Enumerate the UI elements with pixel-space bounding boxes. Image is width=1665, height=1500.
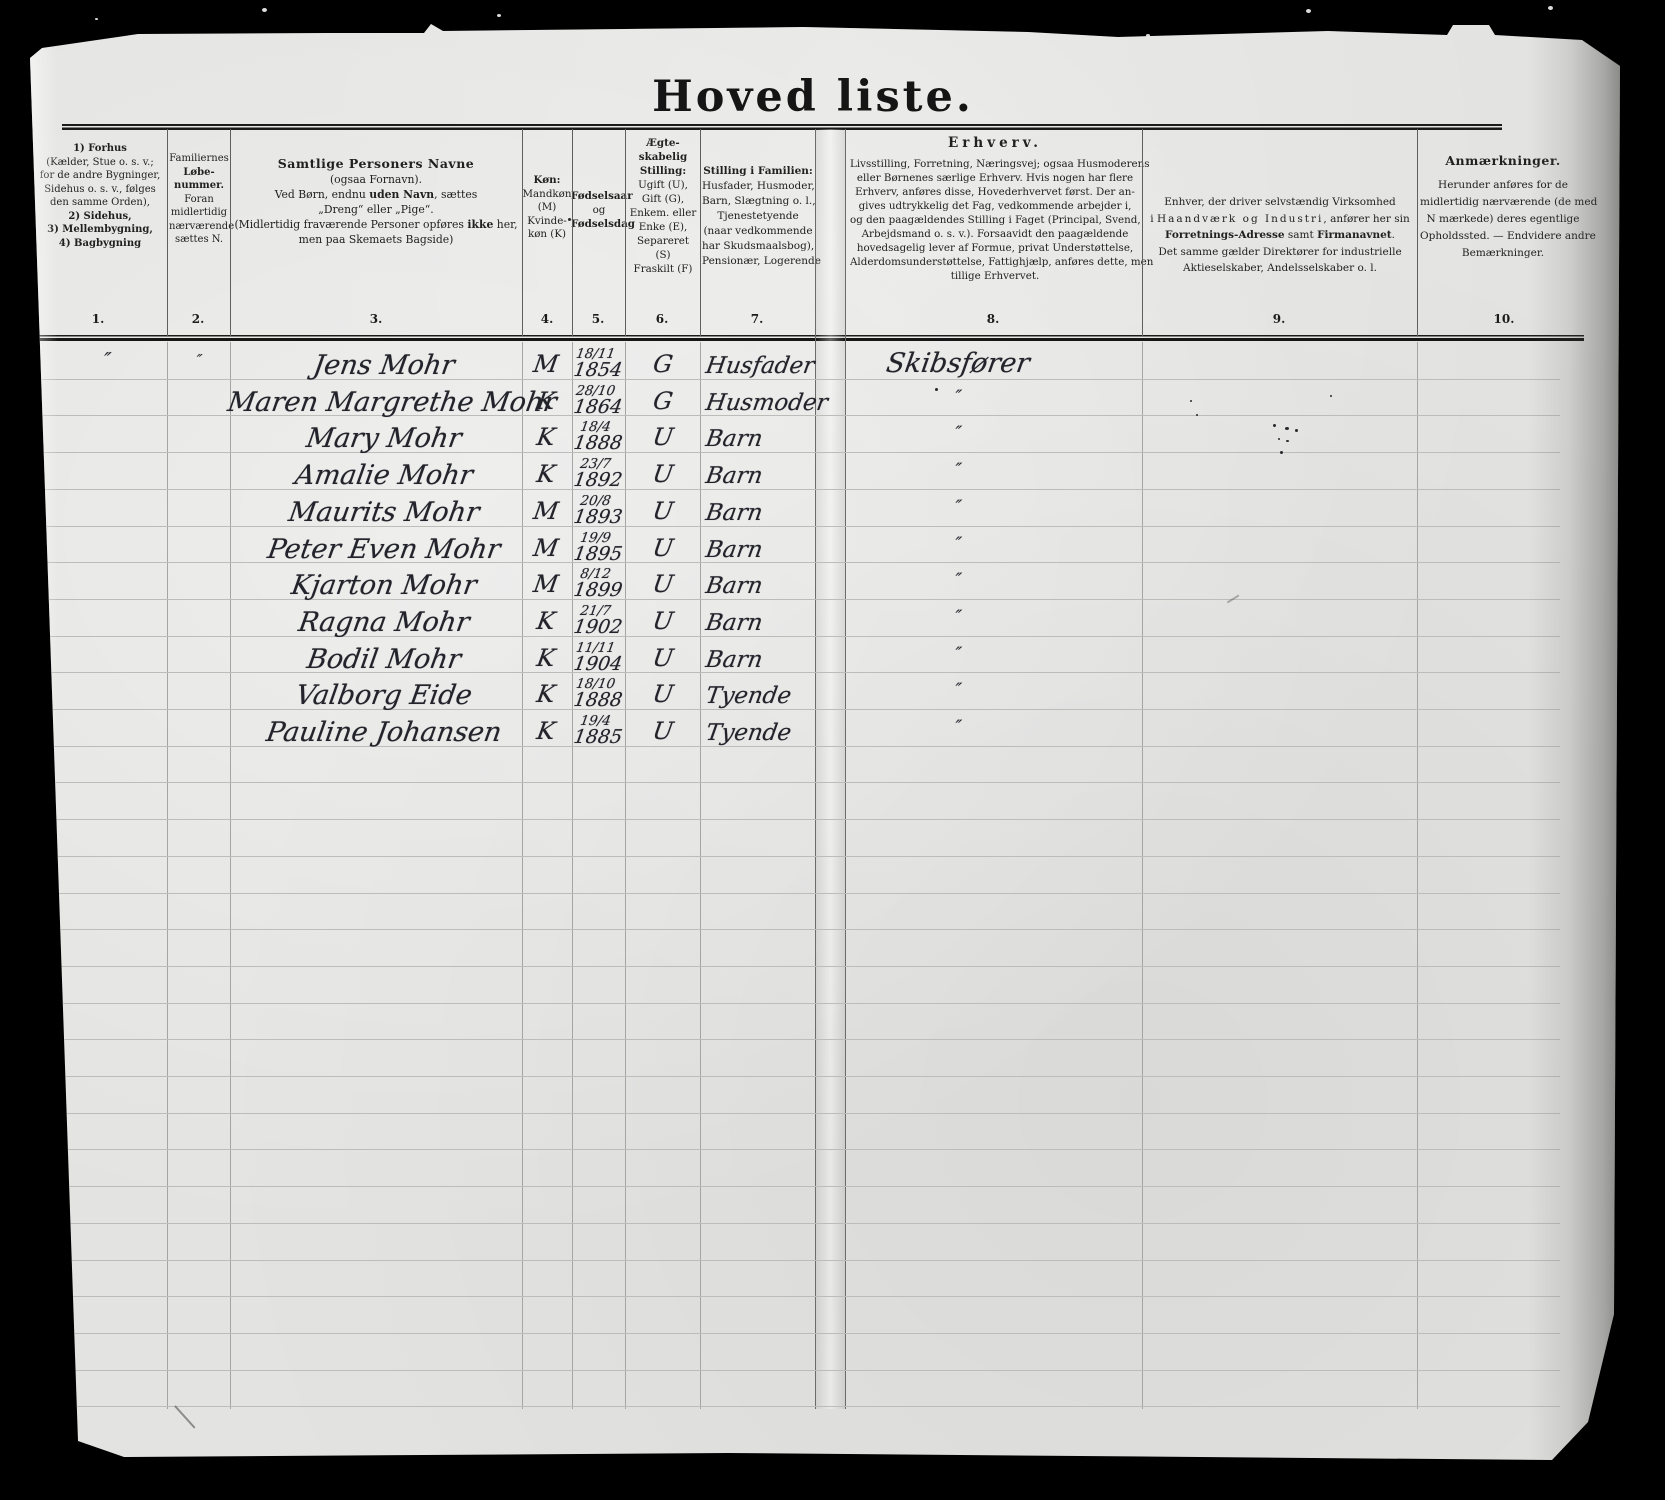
header-text-line: Stilling i Familien: [702,164,814,179]
census-form-page: Hoved liste. 1) Forhus(Kælder, Stue o. s… [28,24,1620,1460]
header-text-line: „Dreng“ eller „Pige“. [232,202,520,217]
header-text: skabelig [639,151,687,163]
header-text: Separeret [637,235,689,247]
header-text-line: eller Børnenes særlige Erhverv. Hvis nog… [850,171,1140,185]
entry-name: Ragna Mohr [226,607,543,638]
census-entry-row: Kjarton MohrM8/121899UBarn″ [28,562,1620,600]
header-text-line: Arbejdsmand o. s. v.). Forsaavidt den pa… [850,227,1140,241]
header-text-line: Køn: [522,174,572,188]
entry-birth-daymonth: 8/12 [566,568,624,581]
ink-speck [1190,400,1192,402]
census-entry-row: Ragna MohrK21/71902UBarn″ [28,599,1620,637]
entry-marital-status: G [623,387,703,415]
entry-occupation: ″ [826,460,1089,480]
column-header-8: Erhverv.Livsstilling, Forretning, Næring… [850,136,1140,283]
header-text-line: Separeret [626,234,700,248]
column-number-2: 2. [176,312,220,326]
entry-birthdate: 19/91895 [568,532,629,564]
header-text: Løbe- [183,167,214,178]
header-text-line: tillige Erhvervet. [850,269,1140,283]
header-text-line: den samme Orden), [36,196,164,210]
entry-sex: M [518,350,574,378]
census-entry-row: Maurits MohrM20/81893UBarn″ [28,489,1620,527]
header-text: , anfører her sin [1323,213,1409,225]
header-text: Foran [184,194,214,205]
page-title: Hoved liste. [643,72,983,122]
column-header-9: Enhver, der driver selvstændig Virksomhe… [1146,194,1414,277]
entry-name: Kjarton Mohr [226,570,543,601]
entry-birth-year: 1904 [568,655,627,674]
column-number-9: 9. [1257,312,1301,326]
column-number-10: 10. [1482,312,1526,326]
entry-occupation: ″ [826,680,1089,700]
header-text: (ogsaa Fornavn). [330,173,422,186]
census-entry-row: Valborg EideK18/101888UTyende″ [28,672,1620,710]
header-text: Alderdomsunderstøttelse, Fattighjælp, an… [850,256,1153,268]
ruled-row-line [42,1333,1560,1334]
ruled-row-line [42,856,1560,857]
header-text-line: (ogsaa Fornavn). [232,172,520,187]
header-text-line: Løbe- [169,166,229,180]
header-text-line: gives udtrykkelig det Fag, vedkommende a… [850,199,1140,213]
ink-speck [1295,429,1298,432]
column-number-3: 3. [354,312,398,326]
entry-occupation: ″ [826,717,1089,737]
header-text-line: Opholdssted. — Endvidere andre [1420,228,1586,245]
header-text: , sættes [434,188,477,201]
entry-occupation: ″ [826,570,1089,590]
entry-occupation: ″ [826,423,1089,443]
header-text: hovedsagelig lever af Formue, privat Und… [857,242,1133,254]
header-text-line: Familiernes [169,152,229,166]
header-text: Pensionær, Logerende [702,255,821,267]
header-text: Kvinde- [527,215,567,227]
entry-birth-year: 1888 [568,691,627,710]
entry-birth-daymonth: 28/10 [566,385,624,398]
header-text-line: Barn, Slægtning o. l., [702,194,814,209]
entry-marital-status: U [623,534,703,562]
header-text: tillige Erhvervet. [951,270,1040,282]
header-text-line: 4) Bagbygning [36,237,164,251]
header-text-line: Enke (E), [626,220,700,234]
entry-birthdate: 19/41885 [568,715,629,747]
header-text: (M) [538,201,557,213]
header-text-line: (Midlertidig fraværende Personer opføres… [232,217,520,232]
header-text-line: Sidehus o. s. v., følges [36,183,164,197]
header-text: (Kælder, Stue o. s. v.; [46,157,153,168]
column-header-1: 1) Forhus(Kælder, Stue o. s. v.;for de a… [36,142,164,250]
entry-birth-daymonth: 20/8 [566,495,624,508]
title-divider-rule [62,124,1502,130]
header-text-line: Gift (G), [626,192,700,206]
column-divider [230,129,231,336]
header-text: Enkem. eller [630,207,697,219]
header-text: Erhverv. [948,135,1042,151]
column-divider [700,129,701,336]
entry-birth-year: 1854 [568,361,627,380]
header-text-line: nærværende [169,220,229,234]
ink-speck [568,218,571,221]
header-text: 1) Forhus [73,143,127,154]
ink-speck [1278,438,1280,440]
header-text-line: N mærkede) deres egentlige [1420,211,1586,228]
entry-birthdate: 23/71892 [568,458,629,490]
ruled-row-line [42,1186,1560,1187]
header-text: Fødselsaar [571,190,633,202]
ruled-row-line [42,1003,1560,1004]
entry-birth-year: 1885 [568,728,627,747]
column-number-8: 8. [971,312,1015,326]
header-text: Haandværk og Industri [1157,213,1323,225]
header-text: Barn, Slægtning o. l., [702,195,816,207]
entry-occupation: ″ [826,607,1089,627]
header-text-line: Erhverv, anføres disse, Hovederhvervet f… [850,185,1140,199]
header-text: (naar vedkommende [703,225,812,237]
header-text-line: (Kælder, Stue o. s. v.; [36,156,164,170]
column-header-3: Samtlige Personers Navne(ogsaa Fornavn).… [232,156,520,247]
header-text: „Dreng“ eller „Pige“. [318,203,433,216]
entry-name: Maren Margrethe Mohr [226,387,543,418]
header-text-line: Ægte- [626,136,700,150]
column-header-5: Fødselsaar og Fødselsdag [571,189,627,231]
header-text-line: 3) Mellembygning, [36,223,164,237]
header-text-line: Fødselsaar [571,189,627,203]
entry-birthdate: 18/111854 [568,348,629,380]
header-text: 3) Mellembygning, [47,224,153,235]
entry-name: Bodil Mohr [226,644,543,675]
header-text-line: Livsstilling, Forretning, Næringsvej; og… [850,157,1140,171]
entry-birth-year: 1864 [568,398,627,417]
header-text-line: Samtlige Personers Navne [232,156,520,172]
ink-speck [1330,395,1332,397]
entry-birth-daymonth: 21/7 [566,605,624,618]
header-text: Enhver, der driver selvstændig Virksomhe… [1164,196,1396,208]
header-text-line: og den paagældendes Stilling i Faget (Pr… [850,213,1140,227]
header-text-line: Bemærkninger. [1420,245,1586,262]
header-text: ikke [467,218,493,231]
header-text: . [1392,229,1395,241]
header-text-line: Alderdomsunderstøttelse, Fattighjælp, an… [850,255,1140,269]
entry-marital-status: U [623,423,703,451]
entry-birth-daymonth: 19/4 [566,715,624,728]
scanned-census-document: { "page": { "title": "Hoved liste." }, "… [0,0,1665,1500]
column-divider [1142,129,1143,336]
header-text-line: Enkem. eller [626,206,700,220]
entry-birthdate: 28/101864 [568,385,629,417]
entry-name: Amalie Mohr [226,460,543,491]
header-text: Familiernes [169,153,229,164]
header-text: (S) [655,249,670,261]
header-text: Anmærkninger. [1445,153,1560,168]
header-text-line: (M) [522,201,572,215]
ruled-row-line [42,1039,1560,1040]
census-entry-row: Peter Even MohrM19/91895UBarn″ [28,526,1620,564]
header-text: Tjenestetyende [717,210,798,222]
header-text-line: har Skudsmaalsbog), [702,239,814,254]
column-divider [845,129,846,1409]
header-text: Ved Børn, endnu [275,188,370,201]
header-text: i [1150,213,1157,225]
header-text-line: Pensionær, Logerende [702,254,814,269]
entry-marital-status: U [623,644,703,672]
header-text: har Skudsmaalsbog), [702,240,814,252]
ink-speck [1285,427,1289,430]
header-text: Enke (E), [639,221,688,233]
header-text-line: Det samme gælder Direktører for industri… [1146,244,1414,261]
column-divider [522,129,523,336]
header-text: køn (K) [528,228,566,240]
column-divider [815,129,816,1409]
header-text-line: men paa Skemaets Bagside) [232,232,520,247]
entry-sex: M [518,534,574,562]
header-text-line: Herunder anføres for de [1420,177,1586,194]
header-text: Bemærkninger. [1462,247,1544,259]
column-divider [1417,129,1418,336]
entry-birth-daymonth: 18/10 [566,678,624,691]
pencil-mark [174,1405,195,1428]
entry-occupation: ″ [826,534,1089,554]
scan-speck [497,14,501,17]
ruled-row-line [42,1406,1560,1407]
header-text-line: Kvinde- [522,215,572,229]
ruled-row-line [42,1296,1560,1297]
header-text: men paa Skemaets Bagside) [299,233,454,246]
header-text-line: 2) Sidehus, [36,210,164,224]
header-text: 2) Sidehus, [68,211,131,222]
header-text: nummer. [174,180,224,191]
entry-occupation: ″ [826,387,1089,407]
entry-birthdate: 20/81893 [568,495,629,527]
header-text: 4) Bagbygning [59,238,141,249]
entry-sex: K [518,387,574,415]
entry-sex: K [518,717,574,745]
entry-birth-year: 1899 [568,581,627,600]
header-text-line: Stilling: [626,164,700,178]
ruled-row-line [42,929,1560,930]
entry-birth-daymonth: 18/4 [566,421,624,434]
scan-speck [95,18,98,20]
census-entry-row: Pauline JohansenK19/41885UTyende″ [28,709,1620,747]
header-text: gives udtrykkelig det Fag, vedkommende a… [859,200,1132,212]
column-number-7: 7. [735,312,779,326]
header-text: eller Børnenes særlige Erhverv. Hvis nog… [857,172,1133,184]
header-text-line: Tjenestetyende [702,209,814,224]
column-header-4: Køn:Mandkøn(M)Kvinde-køn (K) [522,174,572,242]
entry-sex: K [518,460,574,488]
entry-name: Jens Mohr [226,350,543,381]
ruled-row-line [42,1370,1560,1371]
entry-sex: K [518,607,574,635]
entry-birth-daymonth: 18/11 [566,348,624,361]
ink-speck [1286,440,1289,442]
entry-occupation: ″ [826,497,1089,517]
column-divider [625,129,626,336]
header-text-line: Husfader, Husmoder, [702,179,814,194]
header-text: Husfader, Husmoder, [702,180,815,192]
header-text: her, [493,218,517,231]
header-text: og den paagældendes Stilling i Faget (Pr… [850,214,1141,226]
header-text-line: Mandkøn [522,188,572,202]
column-number-4: 4. [525,312,569,326]
page-fold-gutter [816,129,845,1409]
entry-sex: M [518,570,574,598]
scan-speck [262,8,267,12]
ruled-row-line [42,1149,1560,1150]
entry-sex: K [518,680,574,708]
header-text-line: sættes N. [169,233,229,247]
header-text: den samme Orden), [50,197,150,208]
entry-sex: M [518,497,574,525]
header-text: uden Navn [369,188,434,201]
entry-birthdate: 11/111904 [568,642,629,674]
header-text: Fraskilt (F) [634,263,693,275]
header-text: Samtlige Personers Navne [278,156,475,171]
header-text: nærværende [169,221,234,232]
header-text-line: i Haandværk og Industri, anfører her sin [1146,211,1414,228]
census-entry-row: Bodil MohrK11/111904UBarn″ [28,636,1620,674]
header-text: Køn: [534,174,561,186]
entry-birth-daymonth: 19/9 [566,532,624,545]
ruled-row-line [42,1260,1560,1261]
entry-birthdate: 18/41888 [568,421,629,453]
entry-marital-status: G [623,350,703,378]
header-text: Det samme gælder Direktører for industri… [1158,246,1401,258]
header-text: Livsstilling, Forretning, Næringsvej; og… [850,158,1150,170]
entry-birth-year: 1895 [568,545,627,564]
header-text: Forretnings-Adresse [1165,229,1285,241]
header-text: Ugift (U), [638,179,688,191]
entry-birth-daymonth: 11/11 [566,642,624,655]
entry-name: Maurits Mohr [226,497,543,528]
entry-name: Mary Mohr [226,423,543,454]
column-number-1: 1. [76,312,120,326]
entry-name: Peter Even Mohr [226,534,543,565]
entry-forhus-ditto: ″ [46,349,167,371]
ruled-row-line [42,966,1560,967]
header-text-line: Fraskilt (F) [626,262,700,276]
ink-speck [1273,424,1276,427]
entry-birth-year: 1902 [568,618,627,637]
entry-name: Valborg Eide [226,680,543,711]
column-divider [167,129,168,336]
entry-sex: K [518,423,574,451]
header-text: Mandkøn [523,188,572,200]
header-text: N mærkede) deres egentlige [1427,213,1580,225]
census-entry-row: ″″Jens MohrM18/111854GHusfaderSkibsfører [28,342,1620,380]
header-text: Aktieselskaber, Andelsselskaber o. l. [1183,262,1377,274]
scan-speck [1548,6,1553,10]
entry-birthdate: 18/101888 [568,678,629,710]
header-text-line: Forretnings-Adresse samt Firmanavnet. [1146,227,1414,244]
header-text: Firmanavnet [1317,229,1392,241]
header-text-line: (S) [626,248,700,262]
header-text: Stilling i Familien: [703,165,813,177]
header-text: Gift (G), [642,193,684,205]
column-header-10: Anmærkninger.Herunder anføres for demidl… [1420,152,1586,262]
header-text: Opholdssted. — Endvidere andre [1420,230,1596,242]
header-text-line: hovedsagelig lever af Formue, privat Und… [850,241,1140,255]
ink-speck [935,388,938,391]
entry-marital-status: U [623,570,703,598]
column-divider [572,129,573,336]
header-text-line: Foran [169,193,229,207]
header-text: Sidehus o. s. v., følges [44,184,156,195]
header-text: Erhverv, anføres disse, Hovederhvervet f… [855,186,1135,198]
header-text: midlertidig nærværende (de med [1420,196,1597,208]
scan-speck [1306,9,1311,13]
header-text-line: midlertidig nærværende (de med [1420,194,1586,211]
header-text: midlertidig [171,207,227,218]
column-number-6: 6. [640,312,684,326]
entry-birth-daymonth: 23/7 [566,458,624,471]
ruled-row-line [42,1223,1560,1224]
header-text-line: Aktieselskaber, Andelsselskaber o. l. [1146,260,1414,277]
entry-occupation: ″ [826,644,1089,664]
entry-birthdate: 8/121899 [568,568,629,600]
header-text: samt [1285,229,1318,241]
column-header-7: Stilling i Familien:Husfader, Husmoder,B… [702,164,814,269]
entry-birth-year: 1888 [568,434,627,453]
header-text-line: for de andre Bygninger, [36,169,164,183]
header-text-line: Enhver, der driver selvstændig Virksomhe… [1146,194,1414,211]
entry-marital-status: U [623,497,703,525]
ink-speck [1196,414,1198,416]
ruled-row-line [42,893,1560,894]
ink-speck [1280,451,1283,454]
entry-lobenr-ditto: ″ [168,351,231,369]
entry-marital-status: U [623,717,703,745]
entry-marital-status: U [623,607,703,635]
header-text: og [593,204,606,216]
header-text-line: 1) Forhus [36,142,164,156]
entry-sex: K [518,644,574,672]
column-number-5: 5. [576,312,620,326]
header-text-line: Erhverv. [850,136,1140,151]
census-entry-row: Amalie MohrK23/71892UBarn″ [28,452,1620,490]
header-text-line: Ugift (U), [626,178,700,192]
census-entry-row: Maren Margrethe MohrK28/101864GHusmoder″ [28,379,1620,417]
entry-occupation: Skibsfører [826,348,1091,379]
census-entry-row: Mary MohrK18/41888UBarn″ [28,415,1620,453]
header-text: Arbejdsmand o. s. v.). Forsaavidt den pa… [862,228,1129,240]
header-text-line: skabelig [626,150,700,164]
ruled-row-line [42,819,1560,820]
header-text-line: nummer. [169,179,229,193]
header-bottom-rule [36,335,1584,341]
ruled-row-line [42,1113,1560,1114]
entry-name: Pauline Johansen [226,717,543,748]
header-text-line: køn (K) [522,228,572,242]
entry-birth-year: 1893 [568,508,627,527]
entry-marital-status: U [623,460,703,488]
header-text: Herunder anføres for de [1438,179,1568,191]
column-header-6: Ægte-skabeligStilling:Ugift (U),Gift (G)… [626,136,700,276]
header-text-line: Fødselsdag [571,217,627,231]
header-text: sættes N. [175,234,223,245]
column-header-2: FamiliernesLøbe-nummer. Foranmidlertidig… [169,152,229,247]
header-text-line: og [571,203,627,217]
header-text-line: (naar vedkommende [702,224,814,239]
header-text: Ægte- [646,137,679,149]
entry-marital-status: U [623,680,703,708]
header-text: Stilling: [640,165,686,177]
entry-birth-year: 1892 [568,471,627,490]
header-text-line: Ved Børn, endnu uden Navn, sættes [232,187,520,202]
header-text: (Midlertidig fraværende Personer opføres [234,218,467,231]
header-text-line: Anmærkninger. [1420,152,1586,171]
ruled-row-line [42,1076,1560,1077]
entry-birthdate: 21/71902 [568,605,629,637]
